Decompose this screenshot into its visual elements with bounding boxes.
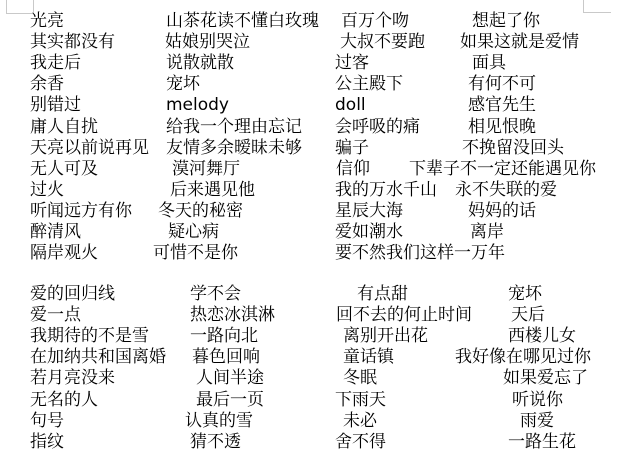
song-title: 下雨天 (335, 390, 386, 411)
song-title: 漠河舞厅 (172, 159, 240, 180)
song-title: 大叔不要跑 (340, 32, 425, 53)
song-title: 西楼儿女 (508, 326, 576, 347)
song-title: 人间半途 (196, 368, 264, 389)
song-title: 永不失联的爱 (455, 180, 557, 201)
song-title: 离岸 (470, 222, 504, 243)
song-title: 面具 (472, 53, 506, 74)
song-title: 友情多余暧昧未够 (166, 138, 302, 159)
song-title: 感官先生 (468, 95, 536, 116)
song-title: 我的万水千山 (335, 180, 437, 201)
song-title: 妈妈的话 (468, 201, 536, 222)
song-title: 相见恨晚 (468, 117, 536, 138)
song-title: 我期待的不是雪 (30, 326, 149, 347)
song-title: 余香 (30, 74, 64, 95)
song-title: melody (166, 95, 229, 116)
song-title: 宠坏 (166, 74, 200, 95)
song-title: 最后一页 (196, 390, 264, 411)
song-title: 别错过 (30, 95, 81, 116)
song-title: 听说你 (512, 390, 563, 411)
song-title: 有点甜 (357, 284, 408, 305)
song-title: 骗子 (335, 138, 369, 159)
song-title: 过火 (30, 180, 64, 201)
song-title: 如果爱忘了 (503, 368, 588, 389)
song-title: doll (335, 95, 366, 116)
song-title: 姑娘别哭泣 (165, 32, 250, 53)
song-title: 未必 (343, 411, 377, 432)
song-title: 冬眠 (343, 368, 377, 389)
song-title: 醉清风 (30, 222, 81, 243)
song-title: 过客 (335, 53, 369, 74)
song-title: 爱的回归线 (30, 284, 115, 305)
song-title: 隔岸观火 (30, 243, 98, 264)
song-title: 可惜不是你 (153, 243, 238, 264)
song-title: 爱一点 (30, 305, 81, 326)
song-title: 听闻远方有你 (30, 201, 132, 222)
page-corner-mark-top-right (583, 0, 611, 13)
song-title: 热恋冰淇淋 (190, 305, 275, 326)
song-title: 其实都没有 (30, 32, 115, 53)
song-title: 暮色回响 (192, 347, 260, 368)
song-title: 疑心病 (168, 222, 219, 243)
song-title: 猜不透 (190, 432, 241, 453)
song-title: 离别开出花 (343, 326, 428, 347)
song-title: 百万个吻 (341, 11, 409, 32)
song-title: 有何不可 (468, 74, 536, 95)
song-title: 回不去的何止时间 (336, 305, 472, 326)
song-title: 说散就散 (166, 53, 234, 74)
song-title: 一路生花 (508, 432, 576, 453)
song-title: 信仰 (336, 159, 370, 180)
song-title: 天后 (511, 305, 545, 326)
song-title: 爱如潮水 (335, 222, 403, 243)
song-title: 想起了你 (472, 11, 540, 32)
song-title: 给我一个理由忘记 (166, 117, 302, 138)
song-title: 下辈子不一定还能遇见你 (409, 159, 596, 180)
song-title: 舍不得 (335, 432, 386, 453)
song-title: 后来遇见他 (170, 180, 255, 201)
song-title: 在加纳共和国离婚 (30, 347, 166, 368)
song-title: 天亮以前说再见 (30, 138, 149, 159)
song-title: 若月亮没来 (30, 368, 115, 389)
song-title: 学不会 (190, 284, 241, 305)
song-title: 我好像在哪见过你 (455, 347, 591, 368)
song-title: 庸人自扰 (30, 117, 98, 138)
song-title: 句号 (30, 411, 64, 432)
song-title: 不挽留没回头 (462, 138, 564, 159)
song-title: 童话镇 (343, 347, 394, 368)
song-title: 宠坏 (508, 284, 542, 305)
song-title: 我走后 (30, 53, 81, 74)
song-title: 雨爱 (520, 411, 554, 432)
song-title: 认真的雪 (185, 411, 253, 432)
song-title: 冬天的秘密 (158, 201, 243, 222)
song-title: 如果这就是爱情 (460, 32, 579, 53)
song-title: 一路向北 (190, 326, 258, 347)
song-title: 光亮 (30, 11, 64, 32)
song-title: 公主殿下 (335, 74, 403, 95)
document-page: 光亮 山茶花读不懂白玫瑰 百万个吻 想起了你 其实都没有 姑娘别哭泣 大叔不要跑… (0, 0, 627, 457)
song-title: 无名的人 (30, 390, 98, 411)
song-title: 指纹 (30, 432, 64, 453)
song-title: 星辰大海 (335, 201, 403, 222)
song-title: 山茶花读不懂白玫瑰 (166, 11, 319, 32)
song-title: 要不然我们这样一万年 (335, 243, 505, 264)
song-title: 无人可及 (30, 159, 98, 180)
song-title: 会呼吸的痛 (335, 117, 420, 138)
